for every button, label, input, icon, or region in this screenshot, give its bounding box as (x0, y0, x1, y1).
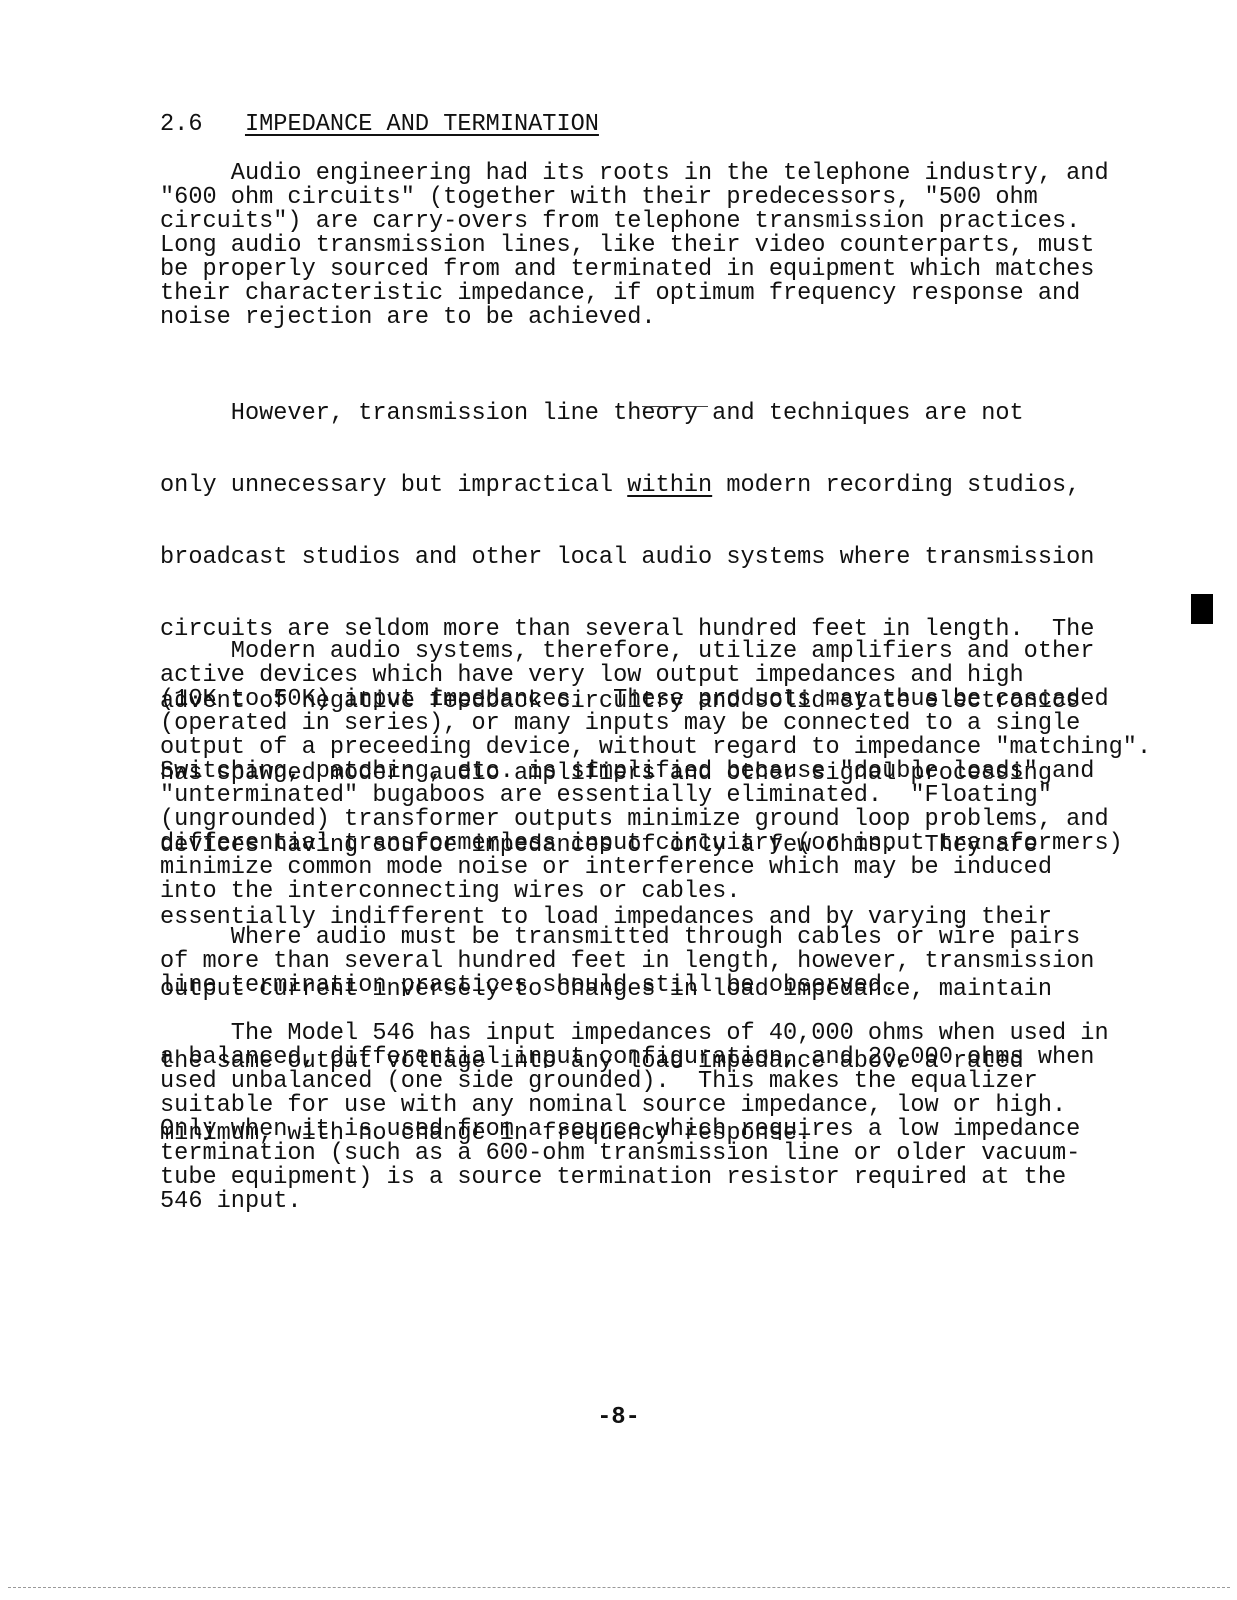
text-line: Long audio transmission lines, like thei… (160, 234, 1109, 258)
text-line: However, transmission line theory and te… (160, 402, 1094, 426)
text-line: "unterminated" bugaboos are essentially … (160, 784, 1151, 808)
stray-overline-mark (642, 406, 708, 407)
text-line: Switching, patching, etc. is simplified … (160, 760, 1151, 784)
text-line: broadcast studios and other local audio … (160, 546, 1094, 570)
text-line: be properly sourced from and terminated … (160, 258, 1109, 282)
section-heading: 2.6 IMPEDANCE AND TERMINATION (160, 113, 599, 137)
text-line: of more than several hundred feet in len… (160, 950, 1094, 974)
text-line: (operated in series), or many inputs may… (160, 712, 1151, 736)
text-line: Audio engineering had its roots in the t… (160, 162, 1109, 186)
text-line: 546 input. (160, 1190, 1109, 1214)
paragraph-telephone-origins: Audio engineering had its roots in the t… (160, 162, 1109, 330)
text-line: into the interconnecting wires or cables… (160, 880, 1151, 904)
text-line: suitable for use with any nominal source… (160, 1094, 1109, 1118)
paragraph-modern-systems: Modern audio systems, therefore, utilize… (160, 640, 1151, 904)
text-line: only unnecessary but impractical within … (160, 474, 1094, 498)
section-title: IMPEDANCE AND TERMINATION (245, 111, 599, 138)
paragraph-model-546: The Model 546 has input impedances of 40… (160, 1022, 1109, 1214)
text-line: differential transformerless input circu… (160, 832, 1151, 856)
margin-change-bar (1191, 594, 1213, 624)
text-line: tube equipment) is a source termination … (160, 1166, 1109, 1190)
page-number: -8- (0, 1406, 1237, 1430)
underlined-word: within (627, 472, 712, 499)
text-line: Where audio must be transmitted through … (160, 926, 1094, 950)
text-line: noise rejection are to be achieved. (160, 306, 1109, 330)
text-line: (10K to 50K) input impedances. These pro… (160, 688, 1151, 712)
text-line: line termination practices should still … (160, 974, 1094, 998)
text-line: a balanced, differential input configura… (160, 1046, 1109, 1070)
text-line: their characteristic impedance, if optim… (160, 282, 1109, 306)
text-line: minimize common mode noise or interferen… (160, 856, 1151, 880)
text-line: termination (such as a 600-ohm transmiss… (160, 1142, 1109, 1166)
section-number: 2.6 (160, 113, 202, 137)
scan-edge-line (8, 1587, 1230, 1588)
document-page: 2.6 IMPEDANCE AND TERMINATION Audio engi… (0, 0, 1237, 1600)
text-line: active devices which have very low outpu… (160, 664, 1151, 688)
text-line: used unbalanced (one side grounded). Thi… (160, 1070, 1109, 1094)
text-line: "600 ohm circuits" (together with their … (160, 186, 1109, 210)
text-line: (ungrounded) transformer outputs minimiz… (160, 808, 1151, 832)
text-line: The Model 546 has input impedances of 40… (160, 1022, 1109, 1046)
text-fragment: only unnecessary but impractical (160, 472, 627, 499)
paragraph-long-runs: Where audio must be transmitted through … (160, 926, 1094, 998)
text-line: circuits") are carry-overs from telephon… (160, 210, 1109, 234)
text-line: Only when it is used from a source which… (160, 1118, 1109, 1142)
text-fragment: modern recording studios, (712, 472, 1080, 499)
text-line: Modern audio systems, therefore, utilize… (160, 640, 1151, 664)
text-line: output of a preceeding device, without r… (160, 736, 1151, 760)
